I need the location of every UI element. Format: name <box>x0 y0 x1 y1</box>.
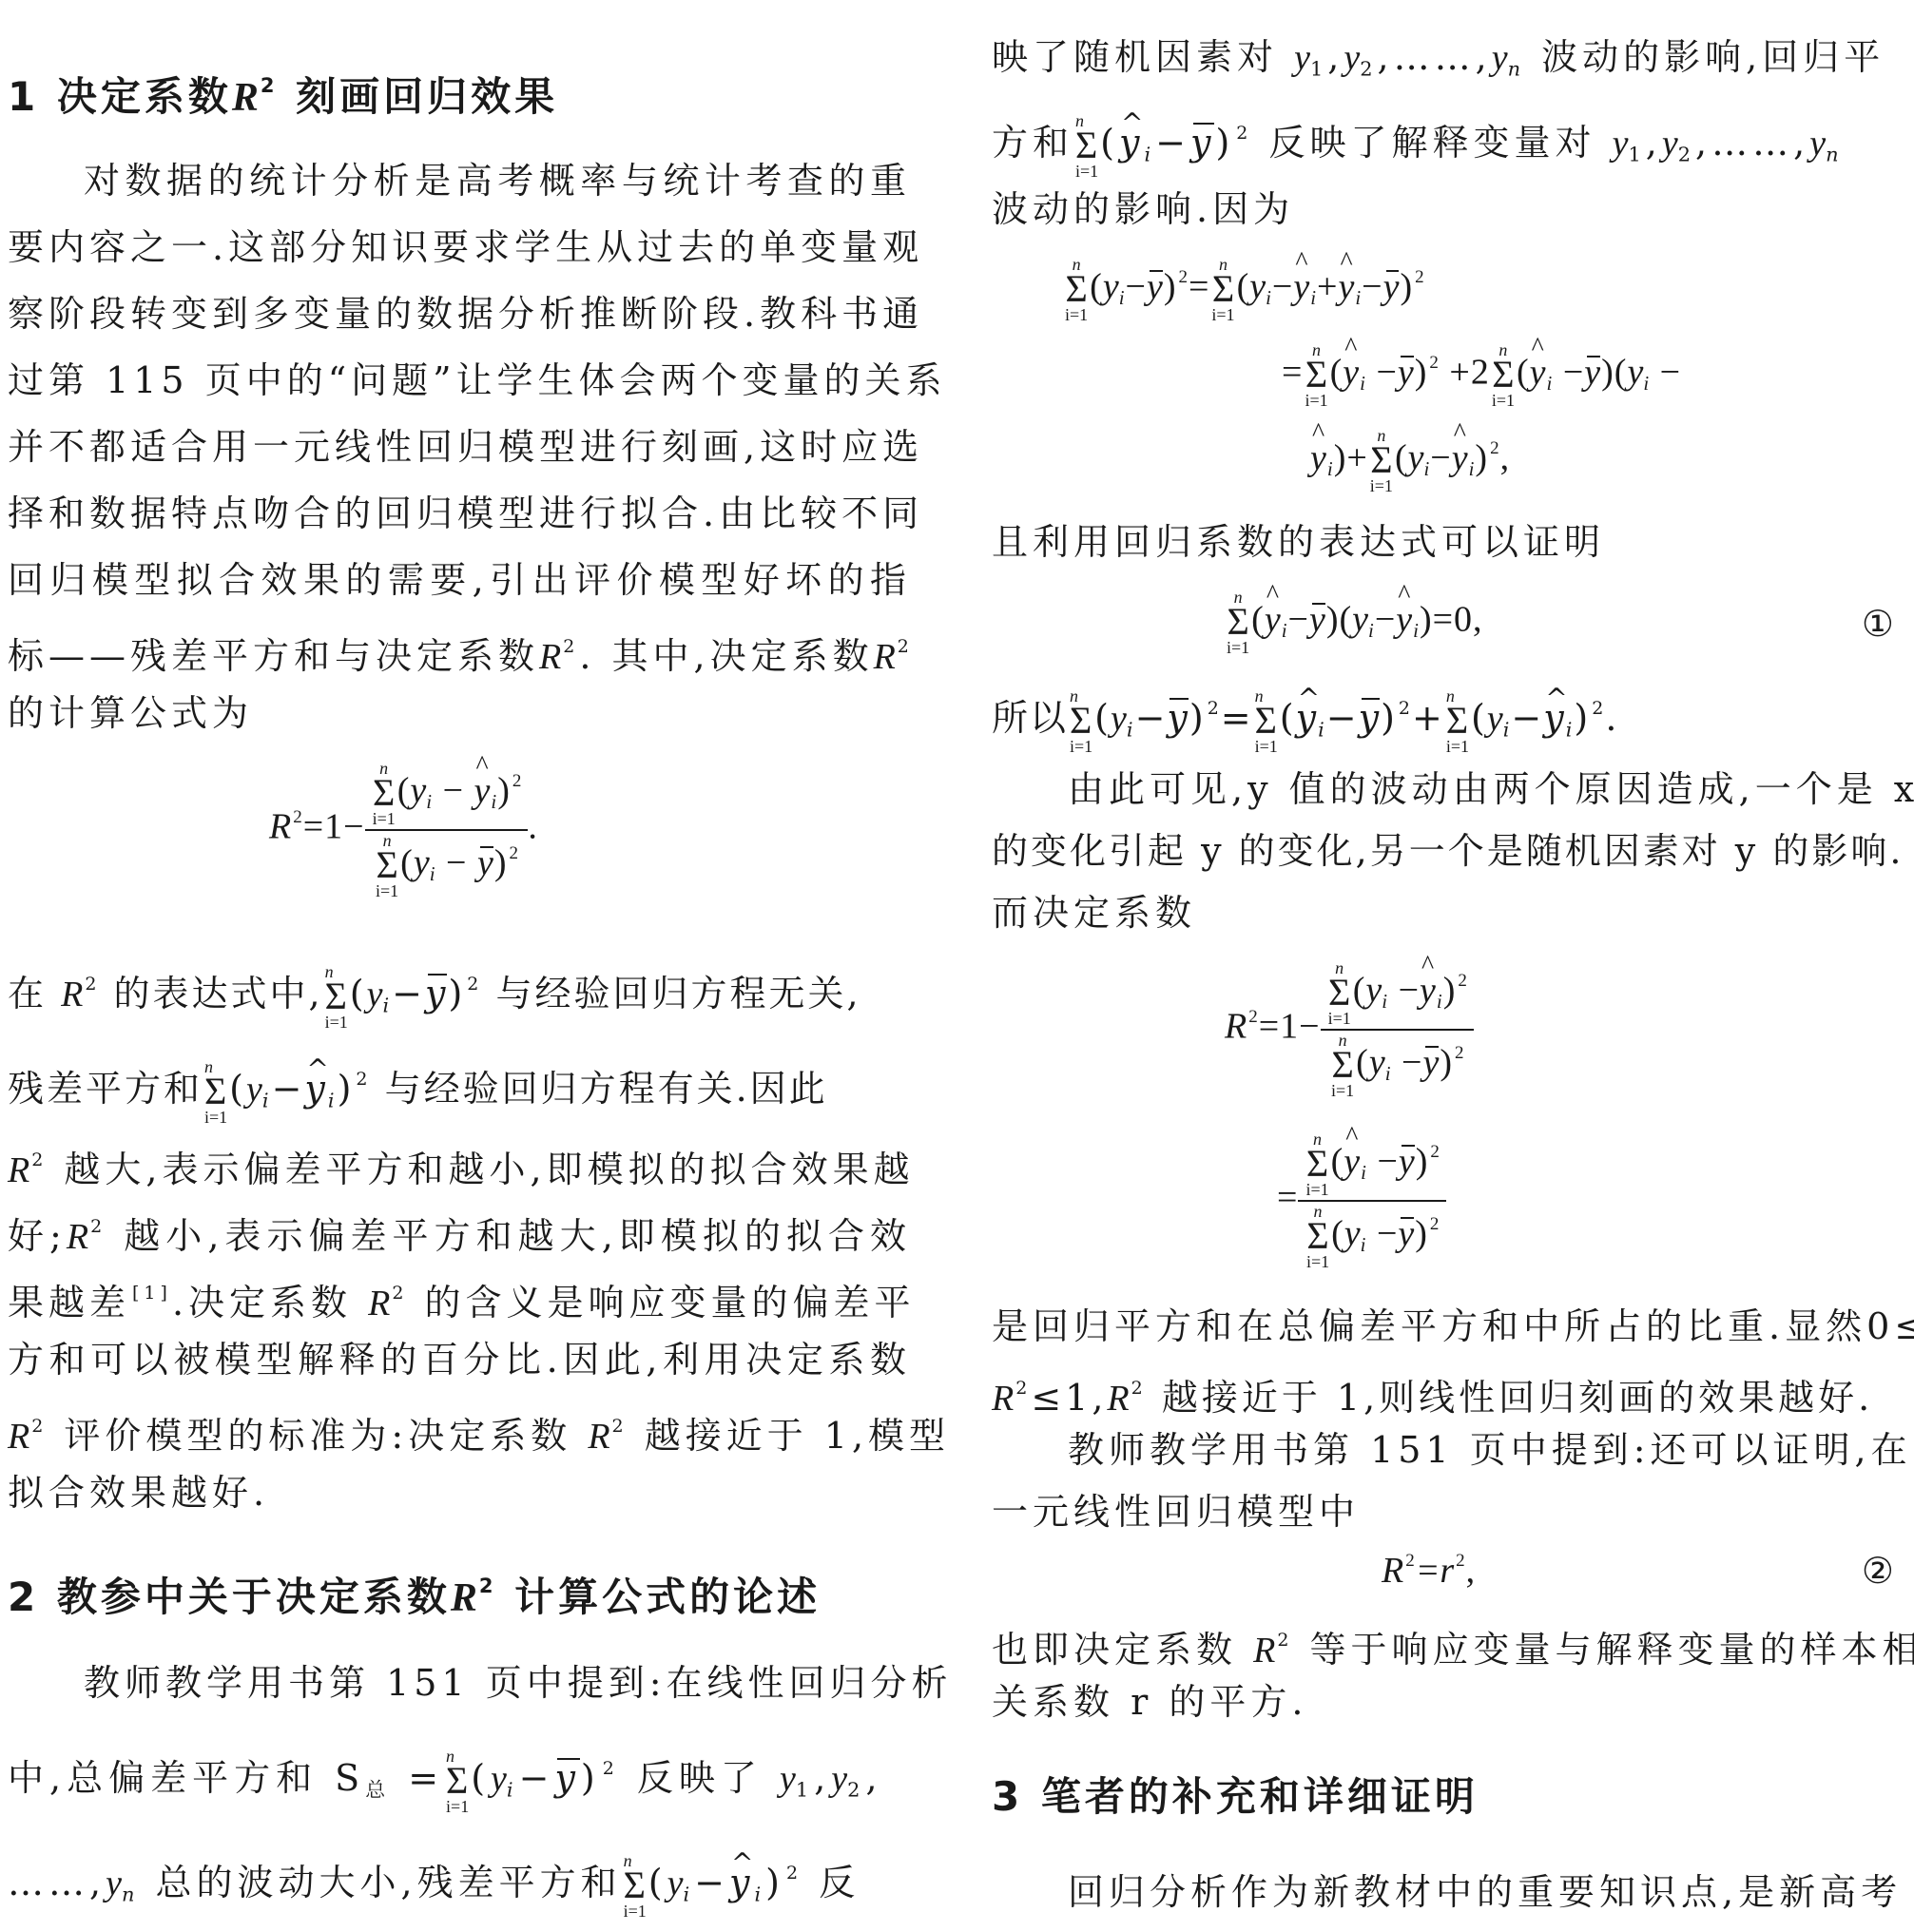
paragraph-line: 回归分析作为新教材中的重要知识点,是新高考 <box>992 1868 1895 1916</box>
paragraph-line: 的变化引起 y 的变化,另一个是随机因素对 y 的影响. <box>992 827 1895 875</box>
paragraph-line: 拟合效果越好. <box>8 1469 911 1517</box>
paragraph-line: 由此可见,y 值的波动由两个原因造成,一个是 x <box>992 765 1895 813</box>
paragraph-line: 方和nΣi=1(yi−y)2 反映了解释变量对 y1,y2,……,yn <box>992 109 1895 157</box>
paragraph-line: 择和数据特点吻合的回归模型进行拟合.由比较不同 <box>8 490 911 537</box>
summation: nΣi=1 <box>376 833 398 899</box>
paragraph-line: 过第 115 页中的“问题”让学生体会两个变量的关系 <box>8 357 911 404</box>
equation-decomposition-line3: yi)+nΣi=1(yi−yi)2, <box>1310 428 1510 494</box>
paragraph-line: R2 越大,表示偏差平方和越小,即模拟的拟合效果越 <box>8 1136 911 1184</box>
equation-1: nΣi=1(yi−y)(yi−yi)=0, ① <box>1225 589 1895 656</box>
paragraph-line: 且利用回归系数的表达式可以证明 <box>992 518 1895 566</box>
paragraph-line: 教师教学用书第 151 页中提到:在线性回归分析 <box>8 1659 911 1707</box>
paragraph-line: 果越差[1].决定系数 R2 的含义是响应变量的偏差平 <box>8 1269 911 1317</box>
equation-decomposition-line2: =nΣi=1(yi −y)2 +2nΣi=1(yi −y)(yi − <box>1282 342 1681 409</box>
summation: nΣi=1 <box>1075 113 1098 180</box>
paragraph-line: R2 评价模型的标准为:决定系数 R2 越接近于 1,模型 <box>8 1402 911 1450</box>
paragraph-line: 关系数 r 的平方. <box>992 1678 1895 1726</box>
formula-r-squared: R2=1− nΣi=1(yi − yi)2 nΣi=1(yi − y)2 . <box>269 761 538 899</box>
paragraph-line: 察阶段转变到多变量的数据分析推断阶段.教科书通 <box>8 290 911 338</box>
paragraph-line: 方和可以被模型解释的百分比.因此,利用决定系数 <box>8 1336 911 1383</box>
paragraph-line: 一元线性回归模型中 <box>992 1488 1895 1536</box>
equation-number-2: ② <box>1862 1550 1895 1592</box>
summation: nΣi=1 <box>204 1059 227 1126</box>
paragraph-line: 也即决定系数 R2 等于响应变量与解释变量的样本相 <box>992 1616 1895 1664</box>
paragraph-line: 残差平方和nΣi=1(yi−yi)2 与经验回归方程有关.因此 <box>8 1055 911 1103</box>
fraction: nΣi=1(yi − yi)2 nΣi=1(yi − y)2 <box>365 761 529 899</box>
paragraph-line: 中,总偏差平方和 S总 =nΣi=1(yi−y)2 反映了 y1,y2, <box>8 1745 911 1792</box>
paragraph-line: R2≤1,R2 越接近于 1,则线性回归刻画的效果越好. <box>992 1364 1895 1412</box>
paragraph-line: 好;R2 越小,表示偏差平方和越大,即模拟的拟合效 <box>8 1203 911 1250</box>
paragraph-line: 而决定系数 <box>992 889 1895 937</box>
section-2-heading: 2 教参中关于决定系数R2 计算公式的论述 <box>8 1559 821 1625</box>
paragraph-line: 教师教学用书第 151 页中提到:还可以证明,在 <box>992 1426 1895 1474</box>
paragraph-line: 映了随机因素对 y1,y2,……,yn 波动的影响,回归平 <box>992 33 1895 81</box>
paragraph-line: 并不都适合用一元线性回归模型进行刻画,这时应选 <box>8 423 911 471</box>
equation-decomposition-line1: nΣi=1(yi−y)2=nΣi=1(yi−yi+yi−y)2 <box>1063 257 1425 323</box>
citation-ref[interactable]: [1] <box>132 1283 172 1304</box>
equation-2: R2=r2, ② <box>1382 1550 1895 1592</box>
formula-r-squared-2: R2=1− nΣi=1(yi −yi)2 nΣi=1(yi −y)2 <box>1225 960 1474 1099</box>
equation-number-1: ① <box>1862 603 1895 645</box>
summation: nΣi=1 <box>446 1748 469 1815</box>
paragraph-line: 所以nΣi=1(yi−y)2=nΣi=1(yi−y)2+nΣi=1(yi−yi)… <box>992 685 1895 732</box>
paragraph-line: 的计算公式为 <box>8 689 911 737</box>
paragraph-line: 要内容之一.这部分知识要求学生从过去的单变量观 <box>8 223 911 271</box>
summation: nΣi=1 <box>325 964 348 1031</box>
section-1-heading: 1 决定系数R2 刻画回归效果 <box>8 59 558 125</box>
paragraph-line: 波动的影响.因为 <box>992 185 1895 233</box>
formula-r-squared-3: = nΣi=1(yi −y)2 nΣi=1(yi −y)2 <box>1277 1131 1446 1270</box>
section-3-heading: 3 笔者的补充和详细证明 <box>992 1770 1479 1824</box>
summation: nΣi=1 <box>624 1853 647 1920</box>
paragraph-line: 在 R2 的表达式中,nΣi=1(yi−y)2 与经验回归方程无关, <box>8 960 911 1008</box>
paragraph-line: ……,yn 总的波动大小,残差平方和nΣi=1(yi−yi)2 反 <box>8 1849 911 1897</box>
paragraph-line: 标——残差平方和与决定系数R2. 其中,决定系数R2 <box>8 623 911 670</box>
paragraph-line: 是回归平方和在总偏差平方和中所占的比重.显然0≤ <box>992 1303 1895 1350</box>
summation: nΣi=1 <box>373 761 396 827</box>
paragraph-line: 对数据的统计分析是高考概率与统计考查的重 <box>8 157 911 204</box>
paragraph-line: 回归模型拟合效果的需要,引出评价模型好坏的指 <box>8 556 911 604</box>
